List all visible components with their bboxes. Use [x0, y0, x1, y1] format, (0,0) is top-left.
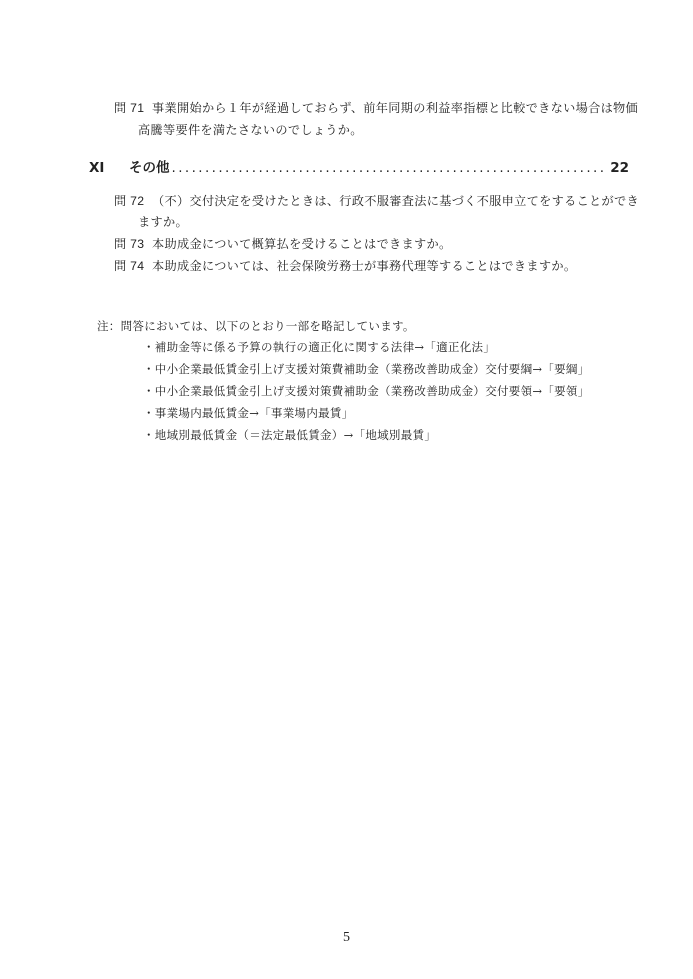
- note-item: ・中小企業最低賃金引上げ支援対策費補助金（業務改善助成金）交付要綱→「要綱」: [143, 361, 590, 377]
- toc-section-heading[interactable]: XI その他 .................................…: [89, 156, 629, 174]
- question-text: 事業開始から１年が経過しておらず、前年同期の利益率指標と比較できない場合は物価: [152, 101, 638, 115]
- toc-question-73[interactable]: 問 73本助成金について概算払を受けることはできますか。: [114, 236, 451, 252]
- question-label: 問 72: [114, 193, 152, 209]
- note-item: ・補助金等に係る予算の執行の適正化に関する法律→「適正化法」: [143, 339, 495, 355]
- leader-dots: ........................................…: [172, 160, 607, 176]
- question-text-cont: ますか。: [138, 215, 188, 229]
- toc-question-71[interactable]: 問 71事業開始から１年が経過しておらず、前年同期の利益率指標と比較できない場合…: [114, 100, 638, 116]
- toc-question-72-cont: ますか。: [138, 214, 188, 230]
- note-item: ・中小企業最低賃金引上げ支援対策費補助金（業務改善助成金）交付要領→「要領」: [143, 383, 590, 399]
- question-text: 本助成金について概算払を受けることはできますか。: [152, 237, 451, 251]
- page-number: 5: [0, 930, 693, 946]
- toc-question-74[interactable]: 問 74本助成金については、社会保険労務士が事務代理等することはできますか。: [114, 258, 576, 274]
- question-label: 問 71: [114, 100, 152, 116]
- note-item: ・事業場内最低賃金→「事業場内最賃」: [143, 405, 354, 421]
- section-title: その他: [129, 156, 170, 176]
- toc-question-72[interactable]: 問 72（不）交付決定を受けたときは、行政不服審査法に基づく不服申立てをすること…: [114, 193, 639, 209]
- section-number: XI: [89, 160, 129, 176]
- note-item: ・地域別最低賃金（＝法定最低賃金）→「地域別最賃」: [143, 427, 436, 443]
- question-label: 問 74: [114, 258, 152, 274]
- question-label: 問 73: [114, 236, 152, 252]
- question-text: 本助成金については、社会保険労務士が事務代理等することはできますか。: [152, 259, 576, 273]
- question-text-cont: 高騰等要件を満たさないのでしょうか。: [138, 123, 363, 137]
- note-intro: 注：問答においては、以下のとおり一部を略記しています。: [97, 318, 415, 334]
- toc-question-71-cont: 高騰等要件を満たさないのでしょうか。: [138, 122, 363, 138]
- question-text: （不）交付決定を受けたときは、行政不服審査法に基づく不服申立てをすることができ: [152, 194, 639, 208]
- section-page: 22: [610, 160, 629, 176]
